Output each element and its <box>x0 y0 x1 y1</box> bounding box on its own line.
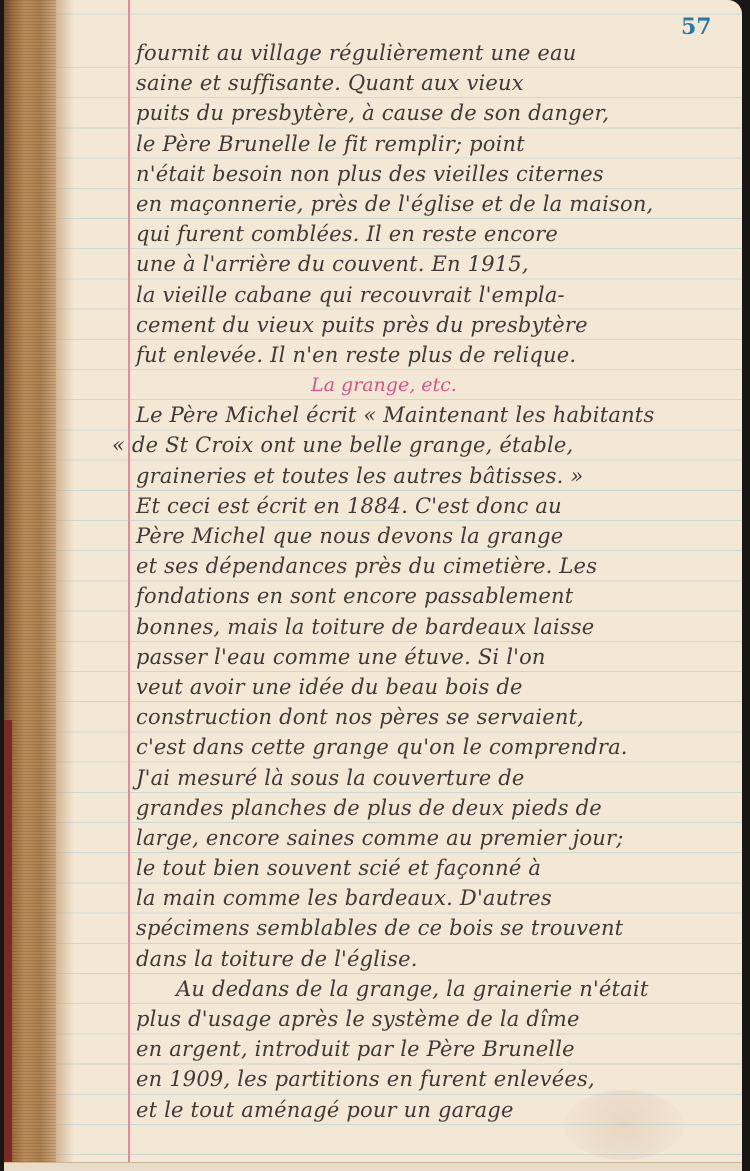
text-line: n'était besoin non plus des vieilles cit… <box>136 159 736 189</box>
text-line: graineries et toutes les autres bâtisses… <box>136 461 736 491</box>
text-line: fondations en sont encore passablement <box>136 581 736 611</box>
text-line: le tout bien souvent scié et façonné à <box>136 853 736 883</box>
binding-fade <box>56 0 74 1171</box>
text-line: Le Père Michel écrit « Maintenant les ha… <box>136 400 736 430</box>
text-line: « de St Croix ont une belle grange, étab… <box>112 430 736 460</box>
text-line: construction dont nos pères se servaient… <box>136 702 736 732</box>
text-line: passer l'eau comme une étuve. Si l'on <box>136 642 736 672</box>
text-line: c'est dans cette grange qu'on le compren… <box>136 732 736 762</box>
text-line: le Père Brunelle le fit remplir; point <box>136 129 736 159</box>
paragraph-3: Au dedans de la grange, la grainerie n'é… <box>136 974 736 1125</box>
text-line: veut avoir une idée du beau bois de <box>136 672 736 702</box>
text-line: et le tout aménagé pour un garage <box>136 1095 736 1125</box>
text-line: Père Michel que nous devons la grange <box>136 521 736 551</box>
text-line: et ses dépendances près du cimetière. Le… <box>136 551 736 581</box>
text-line: large, encore saines comme au premier jo… <box>136 823 736 853</box>
text-line: fournit au village régulièrement une eau <box>136 38 736 68</box>
text-line: puits du presbytère, à cause de son dang… <box>136 98 736 128</box>
text-line: spécimens semblables de ce bois se trouv… <box>136 913 736 943</box>
paragraph-2: Le Père Michel écrit « Maintenant les ha… <box>136 400 736 974</box>
text-line: la main comme les bardeaux. D'autres <box>136 883 736 913</box>
text-line: Et ceci est écrit en 1884. C'est donc au <box>136 491 736 521</box>
text-line: une à l'arrière du couvent. En 1915, <box>136 249 736 279</box>
page-bottom-edge <box>4 1162 742 1171</box>
text-line: cement du vieux puits près du presbytère <box>136 310 736 340</box>
text-line: dans la toiture de l'église. <box>136 944 736 974</box>
text-line: en argent, introduit par le Père Brunell… <box>136 1034 736 1064</box>
text-line: J'ai mesuré là sous la couverture de <box>136 763 736 793</box>
handwritten-text: fournit au village régulièrement une eau… <box>136 38 736 1125</box>
text-line: Au dedans de la grange, la grainerie n'é… <box>136 974 736 1004</box>
text-line: bonnes, mais la toiture de bardeaux lais… <box>136 612 736 642</box>
text-line: fut enlevée. Il n'en reste plus de reliq… <box>136 340 736 370</box>
text-line: saine et suffisante. Quant aux vieux <box>136 68 736 98</box>
notebook-page: 57 fournit au village régulièrement une … <box>4 0 742 1171</box>
section-heading: La grange, etc. <box>136 370 736 400</box>
text-line: grandes planches de plus de deux pieds d… <box>136 793 736 823</box>
red-cover-edge <box>4 720 12 1171</box>
text-line: qui furent comblées. Il en reste encore <box>136 219 736 249</box>
text-line: plus d'usage après le système de la dîme <box>136 1004 736 1034</box>
text-line: en 1909, les partitions en furent enlevé… <box>136 1064 736 1094</box>
margin-line <box>128 0 130 1171</box>
text-line: en maçonnerie, près de l'église et de la… <box>136 189 736 219</box>
text-line: la vieille cabane qui recouvrait l'empla… <box>136 280 736 310</box>
page-number: 57 <box>681 14 712 40</box>
paragraph-1: fournit au village régulièrement une eau… <box>136 38 736 370</box>
